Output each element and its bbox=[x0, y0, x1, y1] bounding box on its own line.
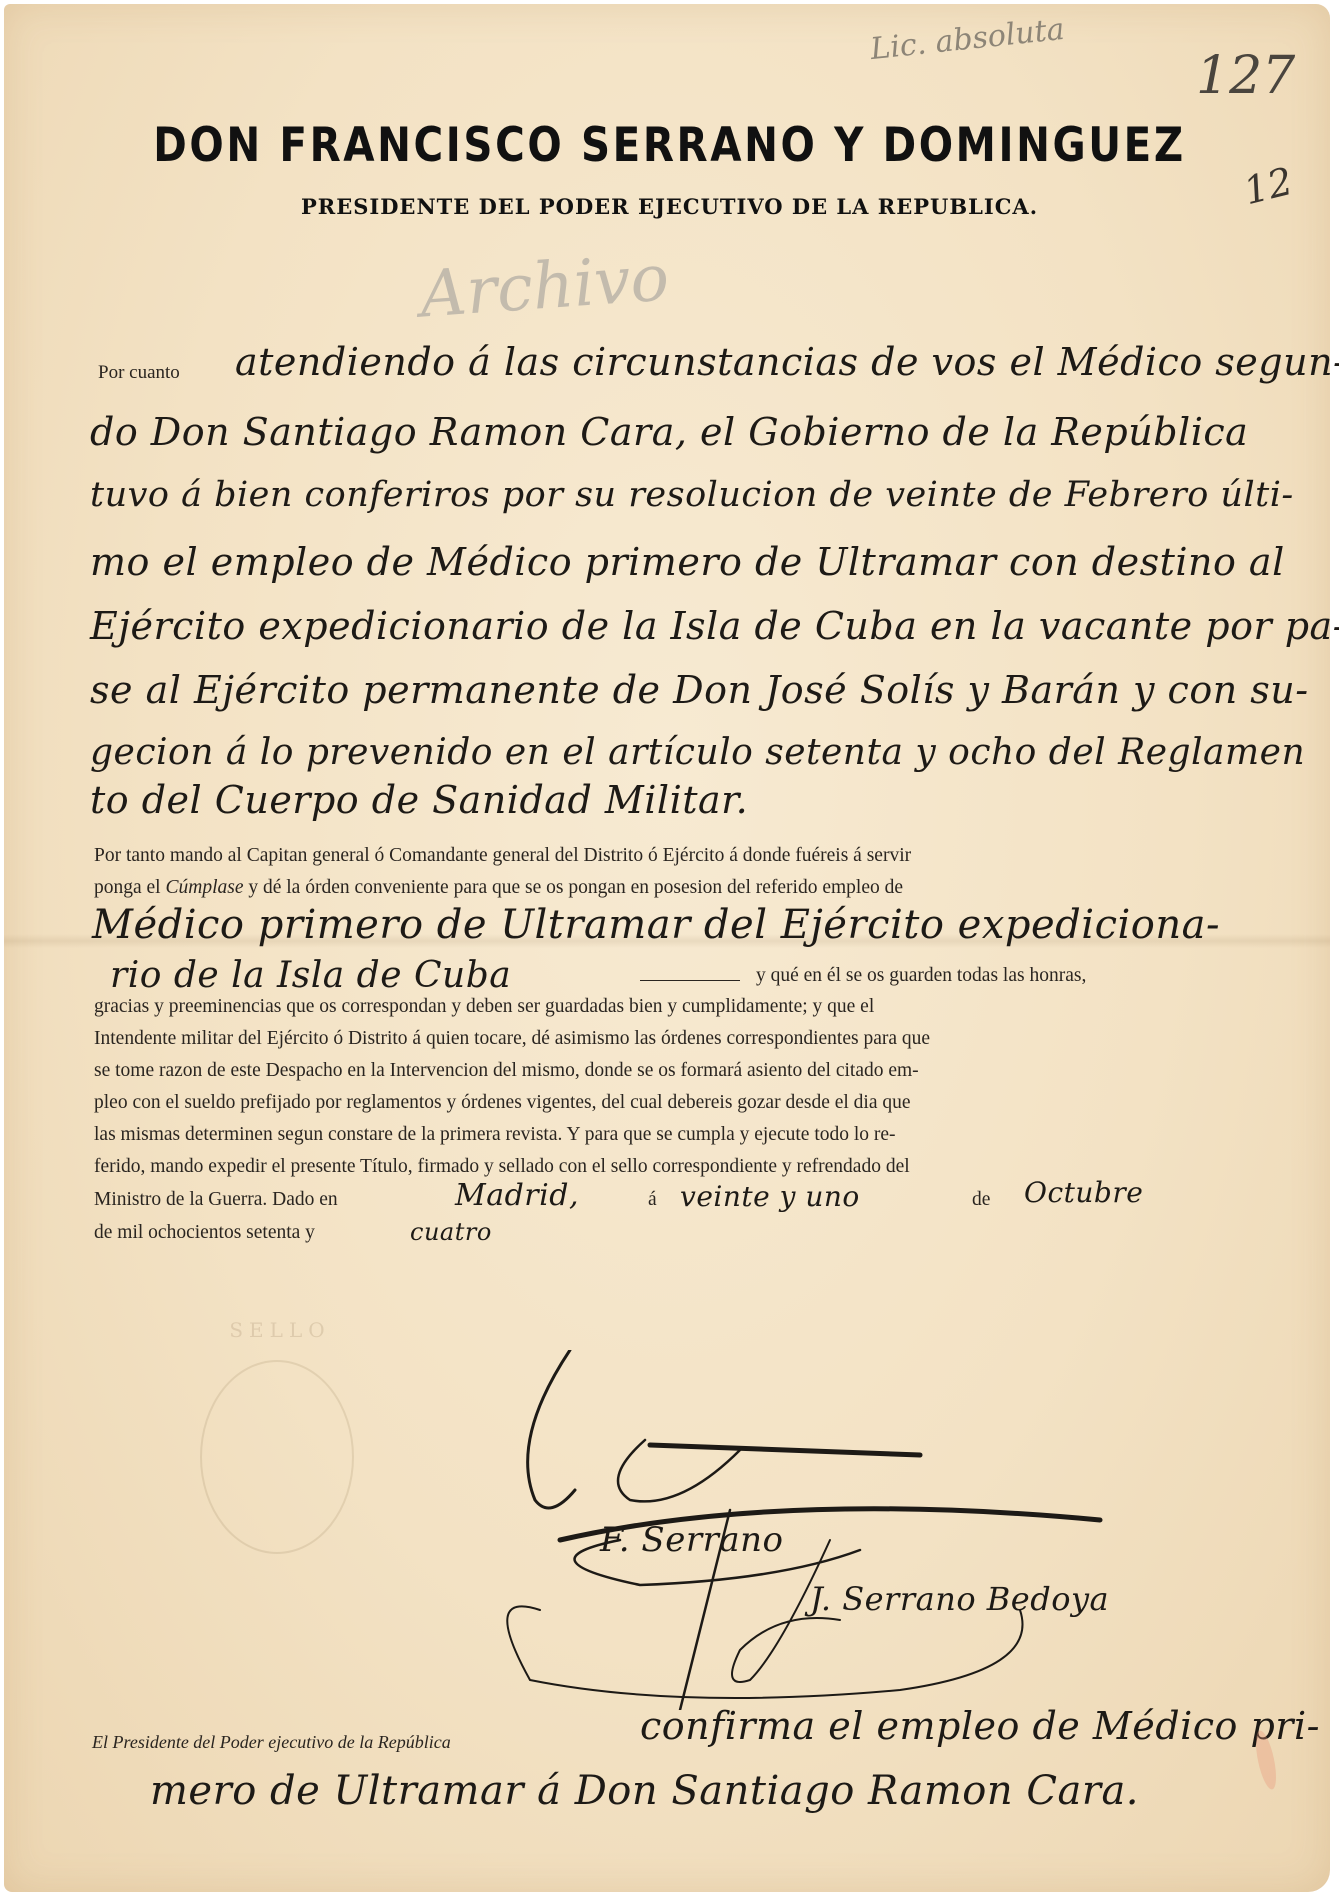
preamble-line: atendiendo á las circunstancias de vos e… bbox=[235, 340, 1339, 384]
body-text: y dé la órden conveniente para que se os… bbox=[243, 877, 903, 898]
document-subtitle: PRESIDENTE DEL PODER EJECUTIVO DE LA REP… bbox=[0, 194, 1339, 219]
body-line: gracias y preeminencias que os correspon… bbox=[94, 996, 874, 1018]
preamble-line: gecion á lo prevenido en el artículo set… bbox=[90, 732, 1305, 773]
body-line: las mismas determinen segun constare de … bbox=[94, 1124, 896, 1146]
body-line: pleo con el sueldo prefijado por reglame… bbox=[94, 1092, 911, 1114]
signature-flourishes bbox=[480, 1350, 1120, 1710]
embossed-seal bbox=[200, 1360, 354, 1554]
preamble-line: to del Cuerpo de Sanidad Militar. bbox=[90, 778, 748, 822]
date-month: Octubre bbox=[1024, 1176, 1143, 1209]
preamble-line: se al Ejército permanente de Don José So… bbox=[90, 668, 1309, 712]
minister-signature: J. Serrano Bedoya bbox=[810, 1580, 1109, 1618]
cumplase-term: Cúmplase bbox=[165, 877, 243, 898]
post-handwritten: rio de la Isla de Cuba bbox=[110, 955, 511, 996]
year-suffix: cuatro bbox=[410, 1218, 492, 1246]
blank-rule bbox=[640, 980, 740, 981]
document-title: DON FRANCISCO SERRANO Y DOMINGUEZ bbox=[94, 118, 1246, 173]
preamble-line: tuvo á bien conferiros por su resolucion… bbox=[90, 475, 1294, 515]
footer-handwritten: confirma el empleo de Médico pri- bbox=[640, 1704, 1320, 1748]
preamble-line: do Don Santiago Ramon Cara, el Gobierno … bbox=[90, 410, 1248, 454]
date-text: de bbox=[972, 1189, 990, 1211]
date-text: á bbox=[648, 1189, 657, 1211]
post-handwritten: Médico primero de Ultramar del Ejército … bbox=[92, 902, 1220, 948]
body-line: Intendente militar del Ejército ó Distri… bbox=[94, 1028, 930, 1050]
date-place: Madrid, bbox=[455, 1178, 579, 1213]
body-line: y qué en él se os guarden todas las honr… bbox=[756, 965, 1086, 987]
preamble-line: mo el empleo de Médico primero de Ultram… bbox=[90, 540, 1285, 584]
date-text: Ministro de la Guerra. Dado en bbox=[94, 1189, 338, 1210]
folio-number: 127 bbox=[1196, 46, 1295, 106]
seal-text: SELLO bbox=[180, 1318, 380, 1342]
year-line: de mil ochocientos setenta y bbox=[94, 1222, 315, 1244]
date-day: veinte y uno bbox=[680, 1180, 860, 1213]
body-text: ponga el bbox=[94, 877, 165, 898]
body-line: ferido, mando expedir el presente Título… bbox=[94, 1156, 910, 1178]
body-line: ponga el Cúmplase y dé la órden convenie… bbox=[94, 877, 903, 899]
footer-handwritten: mero de Ultramar á Don Santiago Ramon Ca… bbox=[150, 1768, 1139, 1814]
footer-lead: El Presidente del Poder ejecutivo de la … bbox=[92, 1732, 451, 1753]
body-line: se tome razon de este Despacho en la Int… bbox=[94, 1060, 919, 1082]
preamble-line: Ejército expedicionario de la Isla de Cu… bbox=[90, 604, 1339, 648]
date-line: Ministro de la Guerra. Dado en bbox=[94, 1189, 338, 1211]
preamble-lead: Por cuanto bbox=[98, 362, 180, 384]
body-line: Por tanto mando al Capitan general ó Com… bbox=[94, 845, 911, 867]
president-signature: F. Serrano bbox=[600, 1520, 783, 1560]
